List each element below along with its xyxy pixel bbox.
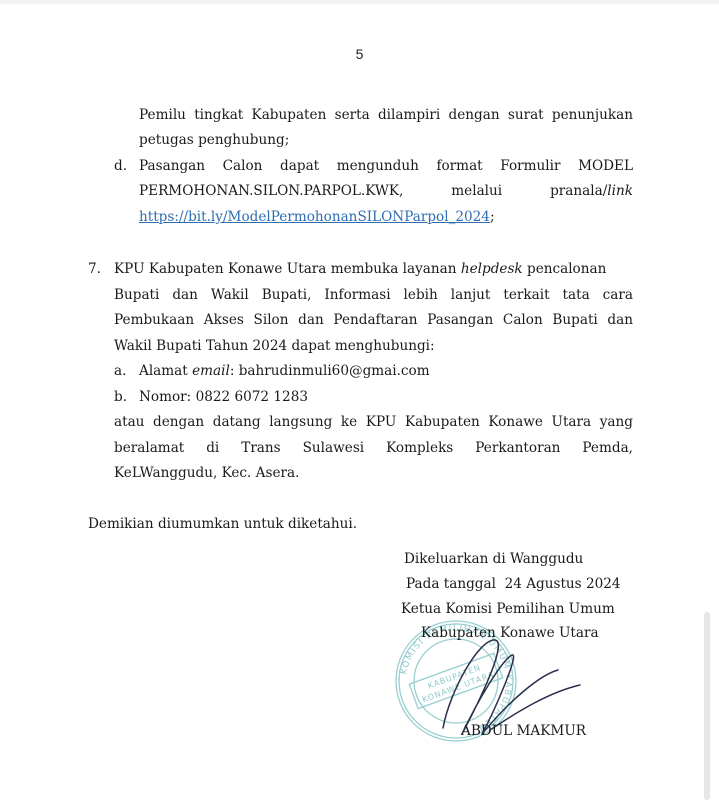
form-download-link[interactable]: https://bit.ly/ModelPermohonanSILONParpo… bbox=[139, 209, 490, 225]
email-value: bahrudinmuli60@gmai.com bbox=[239, 363, 430, 379]
closing-statement: Demikian diumumkan untuk diketahui. bbox=[88, 515, 357, 533]
email-label: Alamat bbox=[139, 363, 192, 379]
email-colon: : bbox=[230, 363, 239, 379]
phone-label: Nomor: bbox=[139, 389, 196, 405]
item-d-link-label: pranala/link bbox=[550, 182, 633, 200]
item-7-line-1-after: pencalonan bbox=[523, 261, 607, 277]
top-toolbar-strip bbox=[0, 0, 719, 4]
item-d-form-name: PERMOHONAN.SILON.PARPOL.KWK, bbox=[139, 182, 403, 200]
item-d-link-italic: link bbox=[607, 183, 633, 199]
item-7-marker: 7. bbox=[88, 260, 101, 278]
contact-email: Alamat email: bahrudinmuli60@gmai.com bbox=[139, 362, 430, 380]
item-7-after-3: KeLWanggudu, Kec. Asera. bbox=[114, 464, 299, 482]
item-7-line-1-before: KPU Kabupaten Konawe Utara membuka layan… bbox=[114, 261, 461, 277]
item-d-via: melalui bbox=[451, 182, 502, 200]
item-d-marker: d. bbox=[114, 157, 127, 175]
item-d-line-2: PERMOHONAN.SILON.PARPOL.KWK, melalui pra… bbox=[139, 182, 633, 200]
issued-at: Dikeluarkan di Wanggudu bbox=[404, 550, 583, 568]
item-7-line-2: Bupati dan Wakil Bupati, Informasi lebih… bbox=[114, 286, 633, 304]
item-d-line-1: Pasangan Calon dapat mengunduh format Fo… bbox=[139, 157, 633, 175]
item-7-line-4: Wakil Bupati Tahun 2024 dapat menghubung… bbox=[114, 337, 435, 355]
item-7-helpdesk: helpdesk bbox=[461, 261, 523, 277]
contact-b-marker: b. bbox=[114, 388, 127, 406]
item-7-line-1: KPU Kabupaten Konawe Utara membuka layan… bbox=[114, 260, 633, 278]
item-7-after-2: beralamat di Trans Sulawesi Kompleks Per… bbox=[114, 439, 633, 457]
issue-date: Pada tanggal 24 Agustus 2024 bbox=[406, 575, 621, 593]
contact-a-marker: a. bbox=[114, 362, 126, 380]
item-7-line-1-text: KPU Kabupaten Konawe Utara membuka layan… bbox=[114, 260, 606, 278]
item-d-pranala: pranala/ bbox=[550, 183, 607, 199]
handwritten-signature-icon bbox=[440, 630, 590, 740]
item-7-line-3: Pembukaan Akses Silon dan Pendaftaran Pa… bbox=[114, 311, 633, 329]
item-d-suffix: ; bbox=[490, 209, 495, 225]
vertical-scrollbar[interactable] bbox=[704, 612, 710, 800]
email-label-italic: email bbox=[192, 363, 230, 379]
official-title-1: Ketua Komisi Pemilihan Umum bbox=[401, 600, 615, 618]
continuation-line-1: Pemilu tingkat Kabupaten serta dilampiri… bbox=[139, 106, 633, 124]
item-7-after-1: atau dengan datang langsung ke KPU Kabup… bbox=[114, 413, 633, 431]
item-d-line-3: https://bit.ly/ModelPermohonanSILONParpo… bbox=[139, 208, 495, 226]
page-number: 5 bbox=[0, 46, 719, 62]
continuation-line-2: petugas penghubung; bbox=[139, 131, 289, 149]
contact-phone: Nomor: 0822 6072 1283 bbox=[139, 388, 308, 406]
phone-value: 0822 6072 1283 bbox=[196, 389, 308, 405]
